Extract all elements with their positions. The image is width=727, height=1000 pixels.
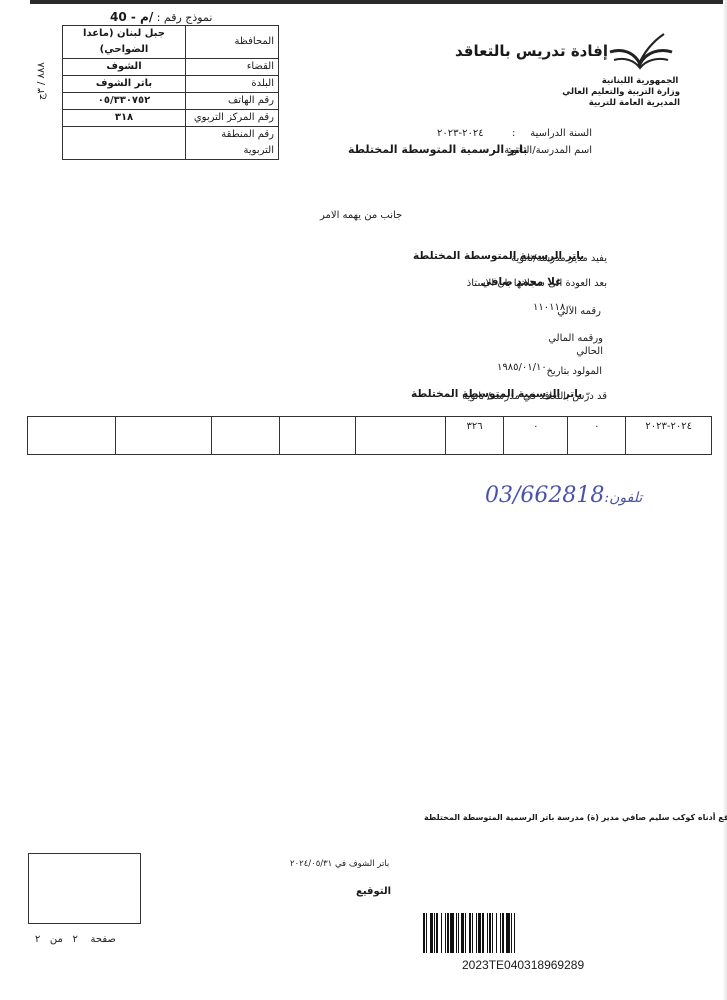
label-edu-region: رقم المنطقة التربوية — [186, 127, 279, 160]
page-current: ٢ — [72, 934, 77, 945]
year-sep: : — [512, 128, 515, 139]
label-phone: رقم الهاتف — [186, 93, 279, 110]
auto-number-value: ١١٠١١٨ — [533, 302, 565, 313]
barcode-number: 2023TE040318969289 — [462, 958, 584, 972]
handwritten-phone: 03/662818تلفون: — [485, 483, 642, 508]
document-title: إفادة تدريس بالتعاقد — [455, 42, 608, 60]
cell-7 — [212, 417, 280, 455]
table-row: رقم المركز التربوي٣١٨ — [63, 110, 279, 127]
open-book-icon — [604, 30, 676, 76]
signature-label: التوقيع — [356, 886, 391, 897]
dob-value: ١٩٨٥/٠١/١٠ — [497, 362, 547, 373]
label-governorate: المحافظة — [186, 26, 279, 59]
logo-line-directorate: المديرية العامة للتربية — [600, 98, 680, 109]
financial-number-label-2: الحالي — [576, 346, 603, 357]
page-of: من — [50, 934, 63, 945]
cell-3: ٠ — [504, 417, 568, 455]
dob-label: المولود بتاريخ — [546, 366, 602, 377]
cell-hours: ٣٢٦ — [445, 417, 504, 455]
value-edu-center: ٣١٨ — [63, 110, 186, 127]
year-value: ٢٠٢٤-٢٠٢٣ — [437, 128, 484, 139]
year-label: السنة الدراسية — [530, 128, 592, 139]
school-value: باتر الرسمية المتوسطة المختلطة — [348, 143, 527, 156]
teacher-name: علا محمد صافي — [481, 276, 562, 288]
cell-year: ٢٠٢٤-٢٠٢٣ — [626, 417, 712, 455]
form-number-label: نموذج رقم : — [157, 11, 213, 24]
side-reference-note: ٨٨٨ / ٣ج — [36, 62, 47, 100]
table-row: المحافظةجبل لبنان (ماعدا الضواحي) — [63, 26, 279, 59]
scan-top-edge — [0, 0, 727, 4]
form-number: نموذج رقم : /م - 40 — [110, 10, 212, 24]
table-row: ٢٠٢٤-٢٠٢٣ ٠ ٠ ٣٢٦ — [28, 417, 712, 455]
value-town: باتر الشوف — [63, 76, 186, 93]
logo-line-ministry: وزارة التربية والتعليم العالي — [600, 87, 680, 98]
taught-school: باتر الرسمية المتوسطة المختلطة — [411, 388, 582, 400]
page-total: ٢ — [35, 934, 40, 945]
cell-2: ٠ — [568, 417, 626, 455]
stamp-box — [28, 853, 141, 924]
cell-8 — [115, 417, 211, 455]
line1-value: باتر الرسمية المتوسطة المختلطة — [413, 250, 584, 262]
cell-9 — [28, 417, 116, 455]
label-edu-center: رقم المركز التربوي — [186, 110, 279, 127]
barcode-icon — [423, 913, 603, 953]
info-table: المحافظةجبل لبنان (ماعدا الضواحي) القضاء… — [62, 25, 279, 160]
table-row: رقم المنطقة التربوية — [63, 127, 279, 160]
value-district: الشوف — [63, 59, 186, 76]
form-number-code: /م - 40 — [110, 10, 153, 24]
handwritten-phone-label: تلفون: — [604, 490, 642, 506]
teaching-hours-table: ٢٠٢٤-٢٠٢٣ ٠ ٠ ٣٢٦ — [27, 416, 712, 455]
addressee: جانب من يهمه الامر — [320, 210, 402, 221]
ministry-logo: الجمهورية اللبنانية وزارة التربية والتعل… — [600, 30, 680, 109]
table-row: البلدةباتر الشوف — [63, 76, 279, 93]
value-edu-region — [63, 127, 186, 160]
logo-line-republic: الجمهورية اللبنانية — [600, 76, 680, 87]
scan-right-edge — [723, 0, 727, 1000]
page-label: صفحة — [91, 934, 116, 945]
label-town: البلدة — [186, 76, 279, 93]
value-governorate: جبل لبنان (ماعدا الضواحي) — [63, 26, 186, 59]
table-row: رقم الهاتف٠٥/٣٣٠٧٥٢ — [63, 93, 279, 110]
place-date: باتر الشوف في ٢٠٢٤/٠٥/٣١ — [290, 859, 389, 869]
table-row: القضاءالشوف — [63, 59, 279, 76]
cell-5 — [356, 417, 446, 455]
label-district: القضاء — [186, 59, 279, 76]
declaration: أنا الموقع أدناه كوكب سليم صافي مدير (ة)… — [424, 813, 727, 822]
page-indicator: صفحة ٢ من ٢ — [35, 934, 116, 945]
handwritten-phone-number: 03/662818 — [485, 483, 604, 508]
financial-number-label: ورقمه المالي — [548, 333, 603, 344]
cell-6 — [279, 417, 355, 455]
value-phone: ٠٥/٣٣٠٧٥٢ — [63, 93, 186, 110]
